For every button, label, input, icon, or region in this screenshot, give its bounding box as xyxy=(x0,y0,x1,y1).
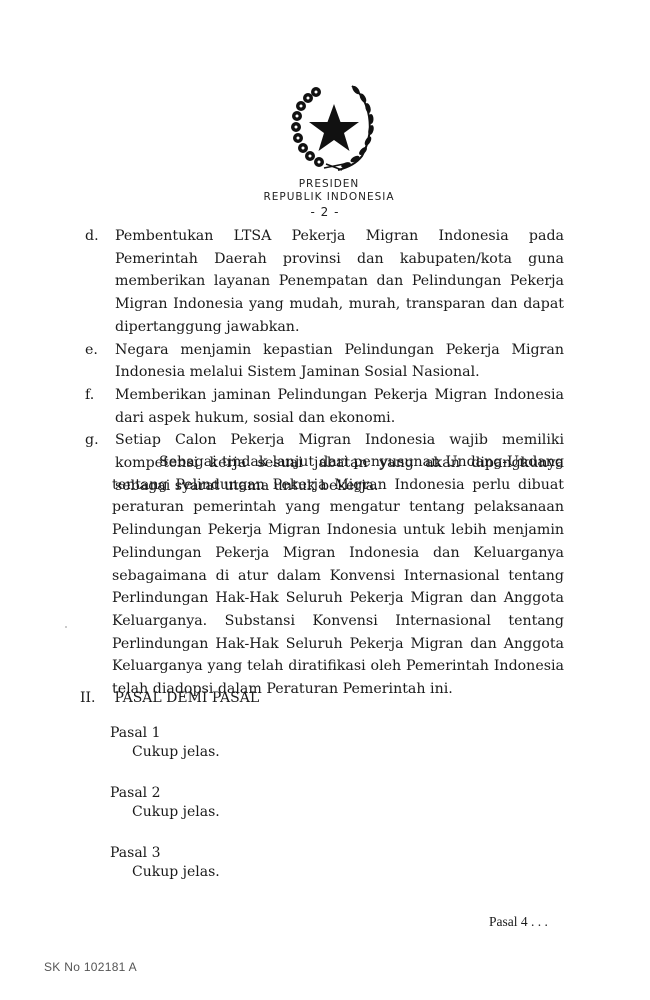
presidential-emblem-icon xyxy=(286,80,382,176)
sk-number: SK No 102181 A xyxy=(44,960,137,974)
list-item-text: Negara menjamin kepastian Pelindungan Pe… xyxy=(115,339,564,384)
pasal-description: Cukup jelas. xyxy=(110,803,220,822)
page-number: - 2 - xyxy=(0,205,650,219)
list-item: f. Memberikan jaminan Pelindungan Pekerj… xyxy=(82,384,564,429)
list-item-text: Memberikan jaminan Pelindungan Pekerja M… xyxy=(115,384,564,429)
section-title: PASAL DEMI PASAL xyxy=(114,690,259,706)
pasal-title: Pasal 2 xyxy=(110,784,220,803)
section-number: II. xyxy=(80,690,110,706)
scan-speck xyxy=(65,626,67,628)
continuation-marker: Pasal 4 . . . xyxy=(489,914,548,930)
list-marker: d. xyxy=(82,225,115,339)
list-item-text: Pembentukan LTSA Pekerja Migran Indonesi… xyxy=(115,225,564,339)
list-marker: g. xyxy=(82,429,115,497)
pasal-title: Pasal 1 xyxy=(110,724,220,743)
list-item: d. Pembentukan LTSA Pekerja Migran Indon… xyxy=(82,225,564,339)
body-paragraph: Sebagai tindak lanjut dari penyusunan Un… xyxy=(112,451,564,701)
pasal-description: Cukup jelas. xyxy=(110,743,220,762)
pasal-entry: Pasal 2 Cukup jelas. xyxy=(110,784,220,822)
header-title-presiden: PRESIDEN xyxy=(4,178,650,190)
pasal-entry: Pasal 1 Cukup jelas. xyxy=(110,724,220,762)
list-marker: e. xyxy=(82,339,115,384)
section-heading: II. PASAL DEMI PASAL xyxy=(80,690,259,706)
pasal-entry: Pasal 3 Cukup jelas. xyxy=(110,844,220,882)
header-title-republik: REPUBLIK INDONESIA xyxy=(4,191,650,203)
pasal-description: Cukup jelas. xyxy=(110,863,220,882)
pasal-title: Pasal 3 xyxy=(110,844,220,863)
list-marker: f. xyxy=(82,384,115,429)
list-item: e. Negara menjamin kepastian Pelindungan… xyxy=(82,339,564,384)
